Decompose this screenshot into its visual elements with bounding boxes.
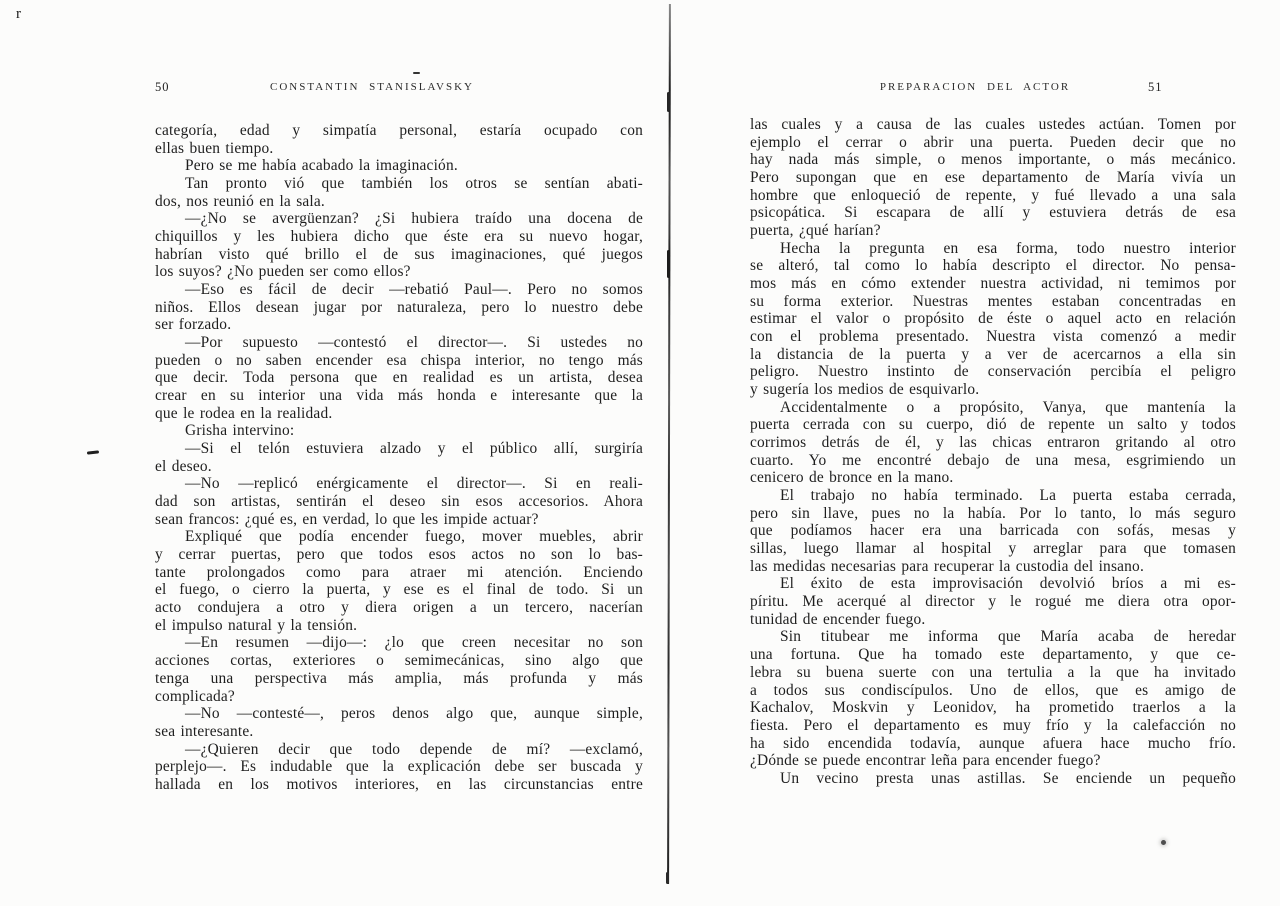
text-line: —No —replicó enérgicamente el director—.…: [155, 475, 643, 493]
page-number-right: 51: [1148, 80, 1163, 95]
text-line: y sugería los medios de esquivarlo.: [750, 381, 1236, 399]
handwritten-corner-mark: r: [16, 6, 21, 23]
text-line: Tan pronto vió que también los otros se …: [155, 175, 643, 193]
text-line: puerta, ¿qué harían?: [750, 222, 1236, 240]
text-line: a todos sus condiscípulos. Uno de ellos,…: [750, 682, 1236, 700]
text-line: corrimos detrás de él, y las chicas entr…: [750, 434, 1236, 452]
text-line: sillas, luego llamar al hospital y arreg…: [750, 540, 1236, 558]
text-line: tenga una perspectiva más amplia, más pr…: [155, 670, 643, 688]
text-line: Grisha intervino:: [155, 422, 643, 440]
text-line: —No —contesté—, peros denos algo que, au…: [155, 705, 643, 723]
text-line: peligro. Nuestro instinto de conservació…: [750, 363, 1236, 381]
text-line: la distancia de la puerta y a ver de ace…: [750, 346, 1236, 364]
text-line: cenicero de bronce en la mano.: [750, 469, 1236, 487]
fold-ink-blot: [667, 92, 670, 112]
text-line: psicopática. Si escapara de allí y estuv…: [750, 204, 1236, 222]
text-line: Un vecino presta unas astillas. Se encie…: [750, 770, 1236, 788]
text-line: Expliqué que podía encender fuego, mover…: [155, 528, 643, 546]
text-line: —Eso es fácil de decir —rebatió Paul—. P…: [155, 281, 643, 299]
text-line: —Por supuesto —contestó el director—. Si…: [155, 334, 643, 352]
text-line: que podíamos hacer era una barricada con…: [750, 522, 1236, 540]
text-line: ellas buen tiempo.: [155, 140, 643, 158]
text-line: pero sin llave, pues no la había. Por lo…: [750, 505, 1236, 523]
text-line: hallada en los motivos interiores, en la…: [155, 776, 643, 794]
text-line: habrían visto qué brillo el de sus imagi…: [155, 246, 643, 264]
text-line: su forma exterior. Nuestras mentes estab…: [750, 293, 1236, 311]
text-line: se alteró, tal como lo había descripto e…: [750, 257, 1236, 275]
book-scan-spread: r 50 CONSTANTIN STANISLAVSKY categoría, …: [0, 0, 1280, 906]
text-line: ser forzado.: [155, 316, 643, 334]
margin-ink-dash: [87, 450, 99, 455]
text-line: El trabajo no había terminado. La puerta…: [750, 487, 1236, 505]
ink-speck: [1161, 840, 1166, 845]
text-line: el fuego, o cierro la puerta, y ese es e…: [155, 581, 643, 599]
text-line: —Si el telón estuviera alzado y el públi…: [155, 440, 643, 458]
text-line: lebra su buena suerte con una tertulia a…: [750, 664, 1236, 682]
text-line: que decir. Toda persona que en realidad …: [155, 369, 643, 387]
page-left: 50 CONSTANTIN STANISLAVSKY categoría, ed…: [155, 0, 643, 906]
text-line: tunidad de encender fuego.: [750, 611, 1236, 629]
text-line: las medidas necesarias para recuperar la…: [750, 558, 1236, 576]
text-line: tante prolongados como para atraer mi at…: [155, 564, 643, 582]
text-line: fiesta. Pero el departamento es muy frío…: [750, 717, 1236, 735]
page-fold-line: [667, 4, 670, 884]
text-line: con el problema presentado. Nuestra vist…: [750, 328, 1236, 346]
left-running-header-row: 50 CONSTANTIN STANISLAVSKY: [155, 80, 643, 98]
page-right: PREPARACION DEL ACTOR 51 las cuales y a …: [750, 0, 1236, 906]
running-header-left: CONSTANTIN STANISLAVSKY: [270, 81, 474, 93]
text-line: píritu. Me acerqué al director y le rogu…: [750, 593, 1236, 611]
fold-ink-blot: [666, 872, 669, 884]
text-line: Pero se me había acabado la imaginación.: [155, 157, 643, 175]
text-line: Sin titubear me informa que María acaba …: [750, 628, 1236, 646]
page-number-left: 50: [155, 80, 170, 95]
text-line: Kachalov, Moskvin y Leonidov, ha prometi…: [750, 699, 1236, 717]
text-line: el deseo.: [155, 458, 643, 476]
text-line: complicada?: [155, 688, 643, 706]
text-line: el impulso natural y la tensión.: [155, 617, 643, 635]
text-line: estimar el valor o propósito de éste o a…: [750, 310, 1236, 328]
text-line: pueden o no saben encender esa chispa in…: [155, 352, 643, 370]
text-line: ejemplo el cerrar o abrir una puerta. Pu…: [750, 134, 1236, 152]
text-line: y cerrar puertas, pero que todos esos ac…: [155, 546, 643, 564]
text-line: niños. Ellos desean jugar por naturaleza…: [155, 299, 643, 317]
text-line: —En resumen —dijo—: ¿lo que creen necesi…: [155, 634, 643, 652]
text-line: una fortuna. Que ha tomado este departam…: [750, 646, 1236, 664]
text-line: hombre que enloqueció de repente, y fué …: [750, 187, 1236, 205]
text-line: cuarto. Yo me encontré debajo de una mes…: [750, 452, 1236, 470]
left-page-text: categoría, edad y simpatía personal, est…: [155, 122, 643, 794]
text-line: crear en su interior una vida más honda …: [155, 387, 643, 405]
text-line: las cuales y a causa de las cuales usted…: [750, 116, 1236, 134]
text-line: hay nada más simple, o menos importante,…: [750, 151, 1236, 169]
text-line: perplejo—. Es indudable que la explicaci…: [155, 758, 643, 776]
text-line: —¿Quieren decir que todo depende de mí? …: [155, 741, 643, 759]
text-line: que le rodea en la realidad.: [155, 405, 643, 423]
text-line: chiquillos y les hubiera dicho que éste …: [155, 228, 643, 246]
running-header-right: PREPARACION DEL ACTOR: [880, 81, 1070, 93]
text-line: ha sido encendida todavía, aunque afuera…: [750, 735, 1236, 753]
text-line: categoría, edad y simpatía personal, est…: [155, 122, 643, 140]
text-line: sea interesante.: [155, 723, 643, 741]
text-line: Pero supongan que en ese departamento de…: [750, 169, 1236, 187]
text-line: Accidentalmente o a propósito, Vanya, qu…: [750, 399, 1236, 417]
text-line: los suyos? ¿No pueden ser como ellos?: [155, 263, 643, 281]
text-line: mos más en cómo extender nuestra activid…: [750, 275, 1236, 293]
text-line: ¿Dónde se puede encontrar leña para ence…: [750, 752, 1236, 770]
text-line: dad son artistas, sentirán el deseo sin …: [155, 493, 643, 511]
text-line: acciones cortas, exteriores o semimecáni…: [155, 652, 643, 670]
fold-ink-blot: [667, 250, 670, 278]
right-page-text: las cuales y a causa de las cuales usted…: [750, 116, 1236, 788]
text-line: El éxito de esta improvisación devolvió …: [750, 575, 1236, 593]
text-line: dos, nos reunió en la sala.: [155, 193, 643, 211]
text-line: —¿No se avergüenzan? ¿Si hubiera traído …: [155, 210, 643, 228]
text-line: sean francos: ¿qué es, en verdad, lo que…: [155, 511, 643, 529]
text-line: acto condujera a otro y diera origen a u…: [155, 599, 643, 617]
text-line: puerta cerrada con su cuerpo, dió de rep…: [750, 416, 1236, 434]
right-running-header-row: PREPARACION DEL ACTOR 51: [750, 80, 1236, 98]
text-line: Hecha la pregunta en esa forma, todo nue…: [750, 240, 1236, 258]
